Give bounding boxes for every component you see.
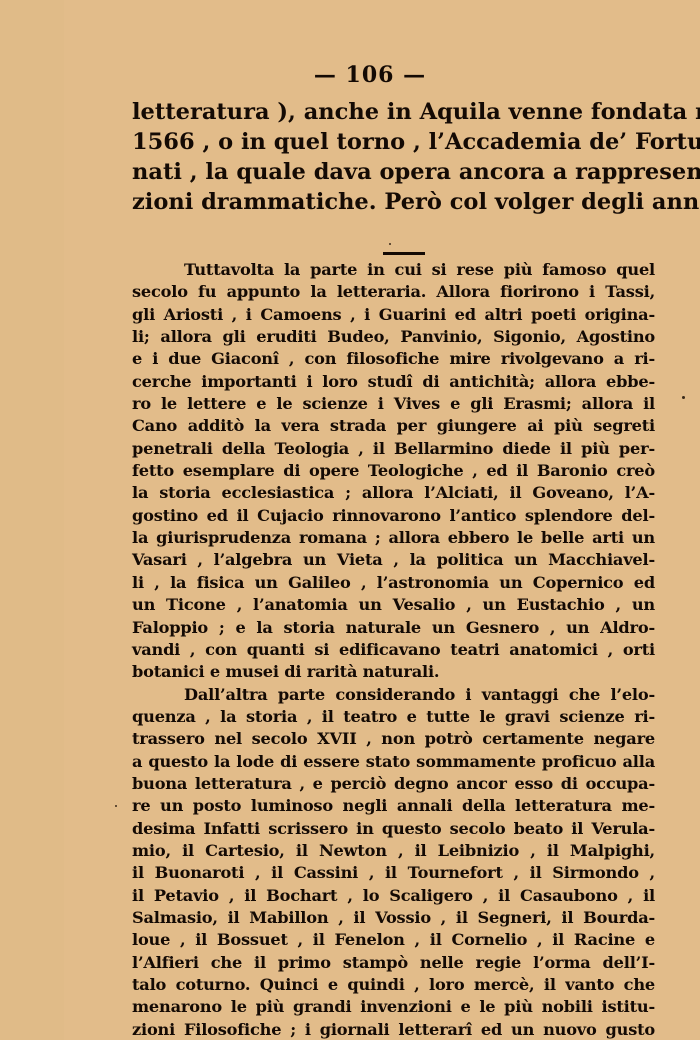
footnote-line: li; allora gli eruditi Budeo, Panvinio, … <box>132 326 655 348</box>
footnote-line: l’Alfieri che il primo stampò nelle regi… <box>132 952 655 974</box>
footnote-line: loue , il Bossuet , il Fenelon , il Corn… <box>132 929 655 951</box>
page-margin-shade <box>0 0 64 1040</box>
footnote-line: ro le lettere e le scienze i Vives e gli… <box>132 393 655 415</box>
footnote-line: il Petavio , il Bochart , lo Scaligero ,… <box>132 885 655 907</box>
footnote-line: botanici e musei di rarità naturali. <box>132 661 655 683</box>
footnote-line: un Ticone , l’anatomia un Vesalio , un E… <box>132 594 655 616</box>
footnote: Tuttavolta la parte in cui si rese più f… <box>132 259 655 1040</box>
footnote-line: penetrali della Teologia , il Bellarmino… <box>132 438 655 460</box>
main-paragraph: letteratura ), anche in Aquila venne fon… <box>132 97 655 217</box>
footnote-line: secolo fu appunto la letteraria. Allora … <box>132 281 655 303</box>
footnote-line: trassero nel secolo XVII , non potrò cer… <box>132 728 655 750</box>
footnote-line: gli Ariosti , i Camoens , i Guarini ed a… <box>132 304 655 326</box>
page-number: — 106 — <box>20 62 700 88</box>
footnote-line: menarono le più grandi invenzioni e le p… <box>132 996 655 1018</box>
text-line: zioni drammatiche. Però col volger degli… <box>132 187 655 217</box>
footnote-line: cerche importanti i loro studî di antich… <box>132 371 655 393</box>
footnote-line: re un posto luminoso negli annali della … <box>132 795 655 817</box>
footnote-line: gostino ed il Cujacio rinnovarono l’anti… <box>132 505 655 527</box>
footnote-line: desima Infatti scrissero in questo secol… <box>132 818 655 840</box>
footnote-line: Vasari , l’algebra un Vieta , la politic… <box>132 549 655 571</box>
footnote-line: Tuttavolta la parte in cui si rese più f… <box>132 259 655 281</box>
footnote-line: zioni Filosofiche ; i giornali letterarî… <box>132 1019 655 1040</box>
text-line: letteratura ), anche in Aquila venne fon… <box>132 97 655 127</box>
footnote-line: Dall’altra parte considerando i vantaggi… <box>132 684 655 706</box>
footnote-line: vandi , con quanti si edificavano teatri… <box>132 639 655 661</box>
footnote-line: la storia ecclesiastica ; allora l’Alcia… <box>132 482 655 504</box>
scan-speck <box>682 396 685 399</box>
scan-speck <box>389 243 391 245</box>
footnote-line: buona letteratura , e perciò degno ancor… <box>132 773 655 795</box>
footnote-line: Faloppio ; e la storia naturale un Gesne… <box>132 617 655 639</box>
footnote-line: mio, il Cartesio, il Newton , il Leibniz… <box>132 840 655 862</box>
footnote-line: talo coturno. Quinci e quindi , loro mer… <box>132 974 655 996</box>
footnote-divider <box>383 252 425 255</box>
footnote-line: il Buonaroti , il Cassini , il Tournefor… <box>132 862 655 884</box>
scan-speck <box>115 805 117 807</box>
footnote-line: Salmasio, il Mabillon , il Vossio , il S… <box>132 907 655 929</box>
footnote-line: quenza , la storia , il teatro e tutte l… <box>132 706 655 728</box>
text-line: nati , la quale dava opera ancora a rapp… <box>132 157 655 187</box>
footnote-line: la giurisprudenza romana ; allora ebbero… <box>132 527 655 549</box>
footnote-line: e i due Giaconî , con filosofiche mire r… <box>132 348 655 370</box>
footnote-line: Cano additò la vera strada per giungere … <box>132 415 655 437</box>
footnote-line: li , la fisica un Galileo , l’astronomia… <box>132 572 655 594</box>
footnote-line: a questo la lode di essere stato sommame… <box>132 751 655 773</box>
footnote-line: fetto esemplare di opere Teologiche , ed… <box>132 460 655 482</box>
text-line: 1566 , o in quel torno , l’Accademia de’… <box>132 127 655 157</box>
